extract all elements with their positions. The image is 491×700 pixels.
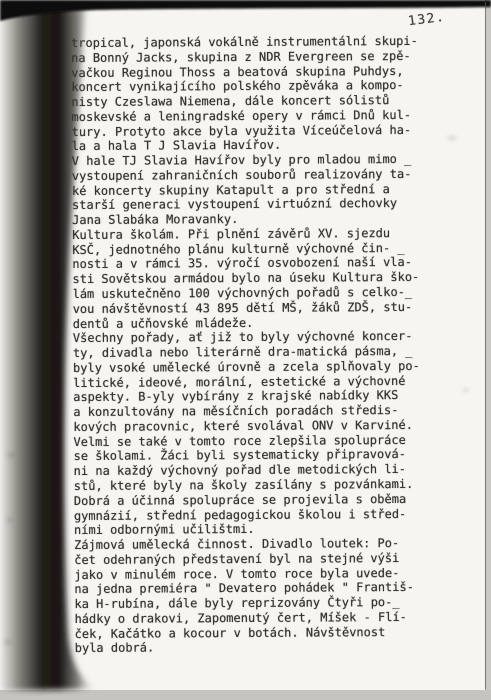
bottom-page-edge xyxy=(0,690,491,700)
text-line: tury. Protyto akce byla využita Víceúčel… xyxy=(72,122,472,139)
text-line: byla dobrá. xyxy=(75,639,475,656)
page-number: 132. xyxy=(407,10,446,29)
scanned-document-page: 132. tropical, japonská vokálně instrume… xyxy=(0,0,491,700)
right-page-edge xyxy=(485,0,491,691)
typewritten-text: tropical, japonská vokálně instrumentáln… xyxy=(71,34,475,657)
text-line: byly vsoké umělecké úrovně a zcela splňo… xyxy=(73,358,473,375)
